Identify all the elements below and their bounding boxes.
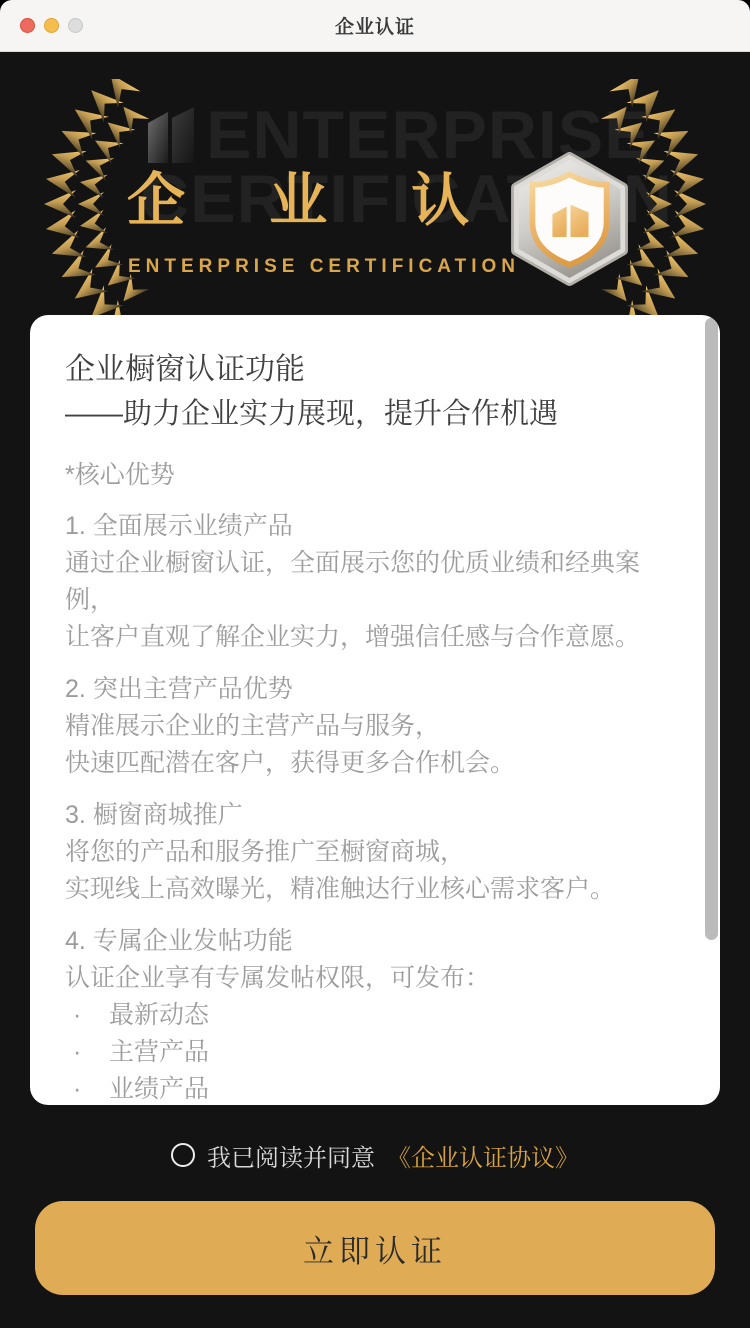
section-heading: 2. 突出主营产品优势	[65, 671, 676, 708]
scrollbar-thumb[interactable]	[705, 318, 718, 940]
section-line: 将您的产品和服务推广至橱窗商城，	[65, 834, 676, 871]
feature-card[interactable]: 企业橱窗认证功能 ——助力企业实力展现，提升合作机遇 *核心优势 1. 全面展示…	[30, 315, 720, 1105]
bullet-dot: ·	[65, 1034, 109, 1071]
agreement-checkbox[interactable]	[171, 1143, 195, 1167]
card-subtitle: ——助力企业实力展现，提升合作机遇	[65, 391, 676, 437]
section-line: 认证企业享有专属发帖权限，可发布：	[65, 960, 676, 997]
feature-section-2: 2. 突出主营产品优势 精准展示企业的主营产品与服务， 快速匹配潜在客户，获得更…	[65, 671, 676, 782]
hero-subtitle: ENTERPRISE CERTIFICATION	[128, 256, 520, 278]
core-advantages-label: *核心优势	[65, 457, 676, 493]
bullet-text: 业绩产品	[109, 1071, 209, 1105]
section-line: 通过企业橱窗认证，全面展示您的优质业绩和经典案例，	[65, 545, 676, 619]
certify-now-button[interactable]: 立即认证	[35, 1201, 715, 1295]
card-title: 企业橱窗认证功能	[65, 349, 676, 391]
hero-banner: ENTERPRISE CERTIFICATION	[0, 53, 750, 315]
section-line: 让客户直观了解企业实力，增强信任感与合作意愿。	[65, 619, 676, 656]
bullet-dot: ·	[65, 997, 109, 1034]
titlebar: 企业认证	[0, 0, 750, 52]
agreement-label: 我已阅读并同意	[207, 1138, 375, 1173]
bullet-item: · 最新动态	[65, 997, 676, 1034]
feature-section-3: 3. 橱窗商城推广 将您的产品和服务推广至橱窗商城， 实现线上高效曝光，精准触达…	[65, 797, 676, 908]
feature-section-4: 4. 专属企业发帖功能 认证企业享有专属发帖权限，可发布： · 最新动态 · 主…	[65, 923, 676, 1105]
app-window: 企业认证 ENTERPRISE CERTIFICATION	[0, 0, 750, 1328]
bullet-text: 主营产品	[109, 1034, 209, 1071]
section-heading: 4. 专属企业发帖功能	[65, 923, 676, 960]
section-line: 快速匹配潜在客户，获得更多合作机会。	[65, 745, 676, 782]
bullet-dot: ·	[65, 1071, 109, 1105]
feature-section-1: 1. 全面展示业绩产品 通过企业橱窗认证，全面展示您的优质业绩和经典案例， 让客…	[65, 508, 676, 656]
bullet-text: 最新动态	[109, 997, 209, 1034]
window-title: 企业认证	[0, 12, 750, 39]
agreement-link[interactable]: 《企业认证协议》	[387, 1138, 579, 1173]
section-heading: 3. 橱窗商城推广	[65, 797, 676, 834]
agreement-row: 我已阅读并同意 《企业认证协议》	[0, 1138, 750, 1172]
section-line: 实现线上高效曝光，精准触达行业核心需求客户。	[65, 871, 676, 908]
bullet-item: · 业绩产品	[65, 1071, 676, 1105]
section-heading: 1. 全面展示业绩产品	[65, 508, 676, 545]
bullet-item: · 主营产品	[65, 1034, 676, 1071]
section-line: 精准展示企业的主营产品与服务，	[65, 708, 676, 745]
certification-shield-badge-icon	[503, 149, 636, 289]
